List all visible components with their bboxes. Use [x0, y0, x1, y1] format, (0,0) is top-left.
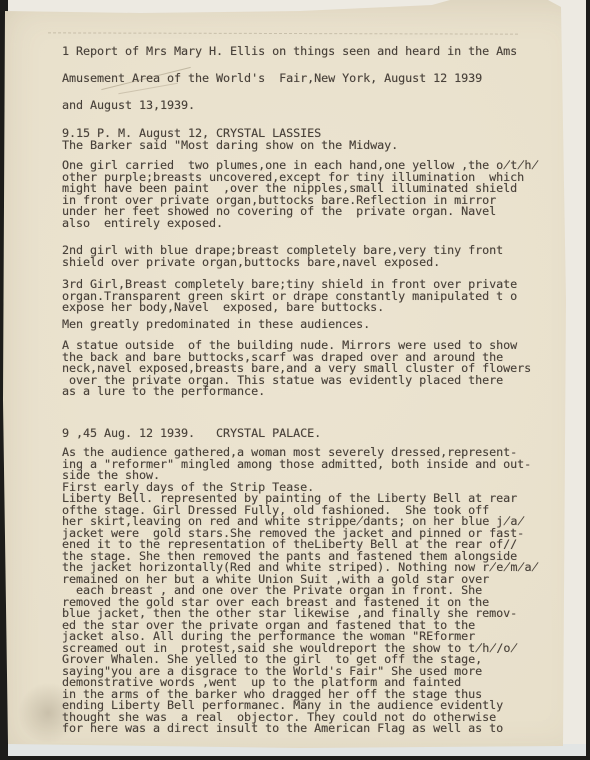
paragraph-second-girl: 2nd girl with blue drape;breast complete… — [62, 245, 570, 268]
photographed-document-scene: 1 Report of Mrs Mary H. Ellis on things … — [0, 0, 590, 760]
paragraph-statue: A statue outside of the building nude. M… — [62, 340, 570, 398]
paragraph-third-girl: 3rd Girl,Breast completely bare;tiny shi… — [62, 279, 570, 314]
paragraph-audience-note: Men greatly predominated in these audien… — [62, 319, 570, 331]
paragraph-liberty-bell-performance: As the audience gathered,a woman most se… — [62, 447, 570, 735]
typewritten-report-page: 1 Report of Mrs Mary H. Ellis on things … — [0, 0, 590, 760]
typed-text-area: 1 Report of Mrs Mary H. Ellis on things … — [0, 0, 590, 760]
report-title: 1 Report of Mrs Mary H. Ellis on things … — [62, 38, 570, 119]
section-heading-crystal-lassies: 9.15 P. M. August 12, CRYSTAL LASSIES Th… — [62, 128, 570, 151]
section-heading-crystal-palace: 9 ,45 Aug. 12 1939. CRYSTAL PALACE. — [62, 428, 570, 440]
paragraph-first-girl: One girl carried two plumes,one in each … — [62, 160, 570, 229]
